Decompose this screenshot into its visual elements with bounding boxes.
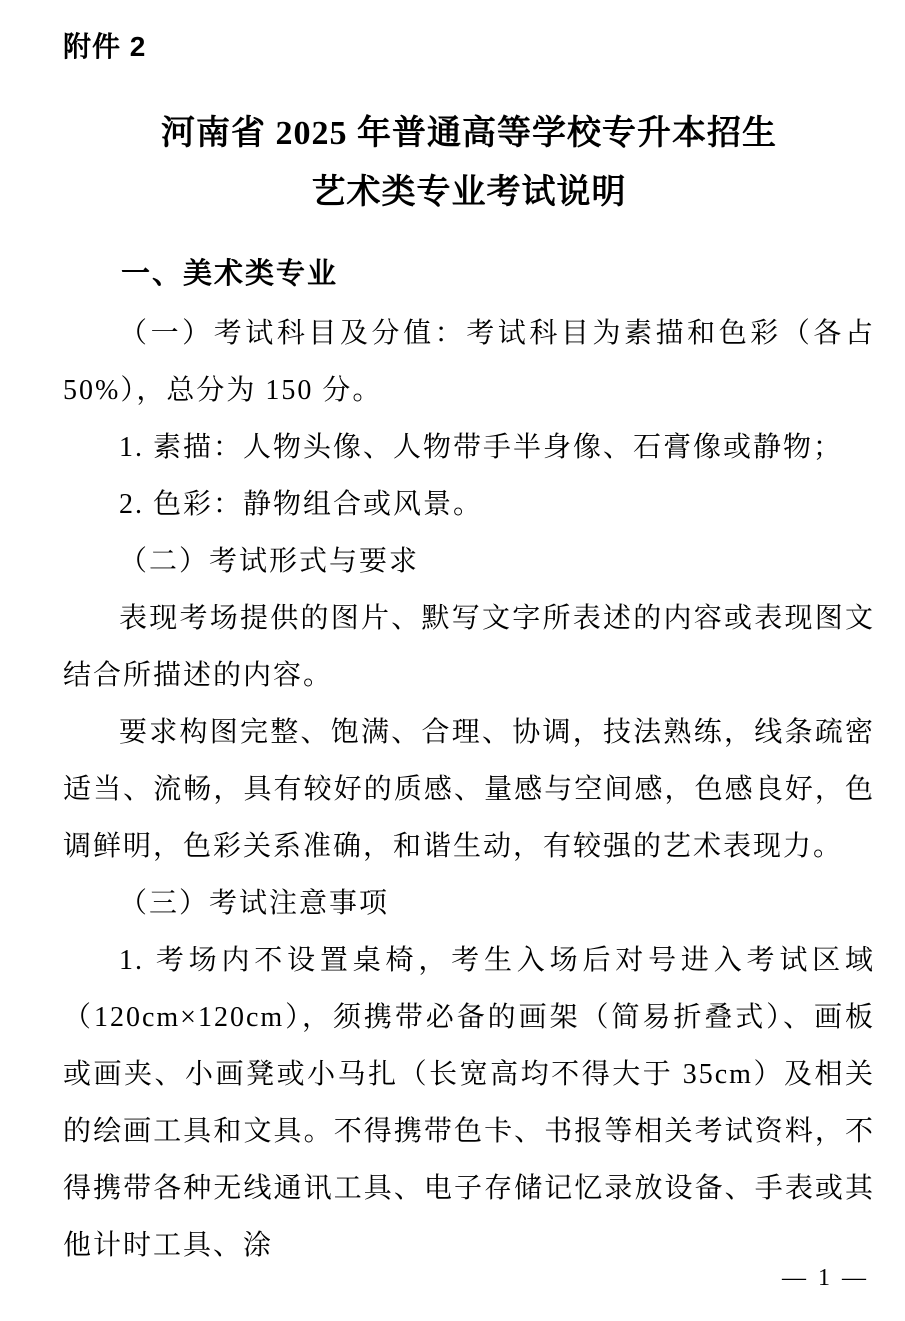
paragraph-exam-format-detail: 表现考场提供的图片、默写文字所表述的内容或表现图文结合所描述的内容。 (63, 590, 875, 704)
document-title: 河南省 2025 年普通高等学校专升本招生 艺术类专业考试说明 (63, 104, 875, 222)
title-line-2: 艺术类专业考试说明 (63, 163, 875, 222)
document-body: 一、美术类专业 （一）考试科目及分值：考试科目为素描和色彩（各占 50%），总分… (63, 253, 875, 1274)
paragraph-exam-subjects: （一）考试科目及分值：考试科目为素描和色彩（各占 50%），总分为 150 分。 (63, 305, 875, 419)
subheading-exam-format: （二）考试形式与要求 (63, 533, 875, 590)
section-heading-art-majors: 一、美术类专业 (63, 253, 875, 295)
subheading-exam-notes: （三）考试注意事项 (63, 875, 875, 932)
paragraph-sketch: 1. 素描：人物头像、人物带手半身像、石膏像或静物； (63, 419, 875, 476)
paragraph-exam-notes-detail: 1. 考场内不设置桌椅，考生入场后对号进入考试区域（120cm×120cm），须… (63, 932, 875, 1274)
attachment-label: 附件 2 (63, 29, 146, 65)
paragraph-color: 2. 色彩：静物组合或风景。 (63, 476, 875, 533)
document-page: 附件 2 河南省 2025 年普通高等学校专升本招生 艺术类专业考试说明 一、美… (0, 0, 905, 1321)
title-line-1: 河南省 2025 年普通高等学校专升本招生 (63, 104, 875, 163)
page-number: — 1 — (782, 1262, 869, 1294)
paragraph-requirements: 要求构图完整、饱满、合理、协调，技法熟练，线条疏密适当、流畅，具有较好的质感、量… (63, 704, 875, 875)
